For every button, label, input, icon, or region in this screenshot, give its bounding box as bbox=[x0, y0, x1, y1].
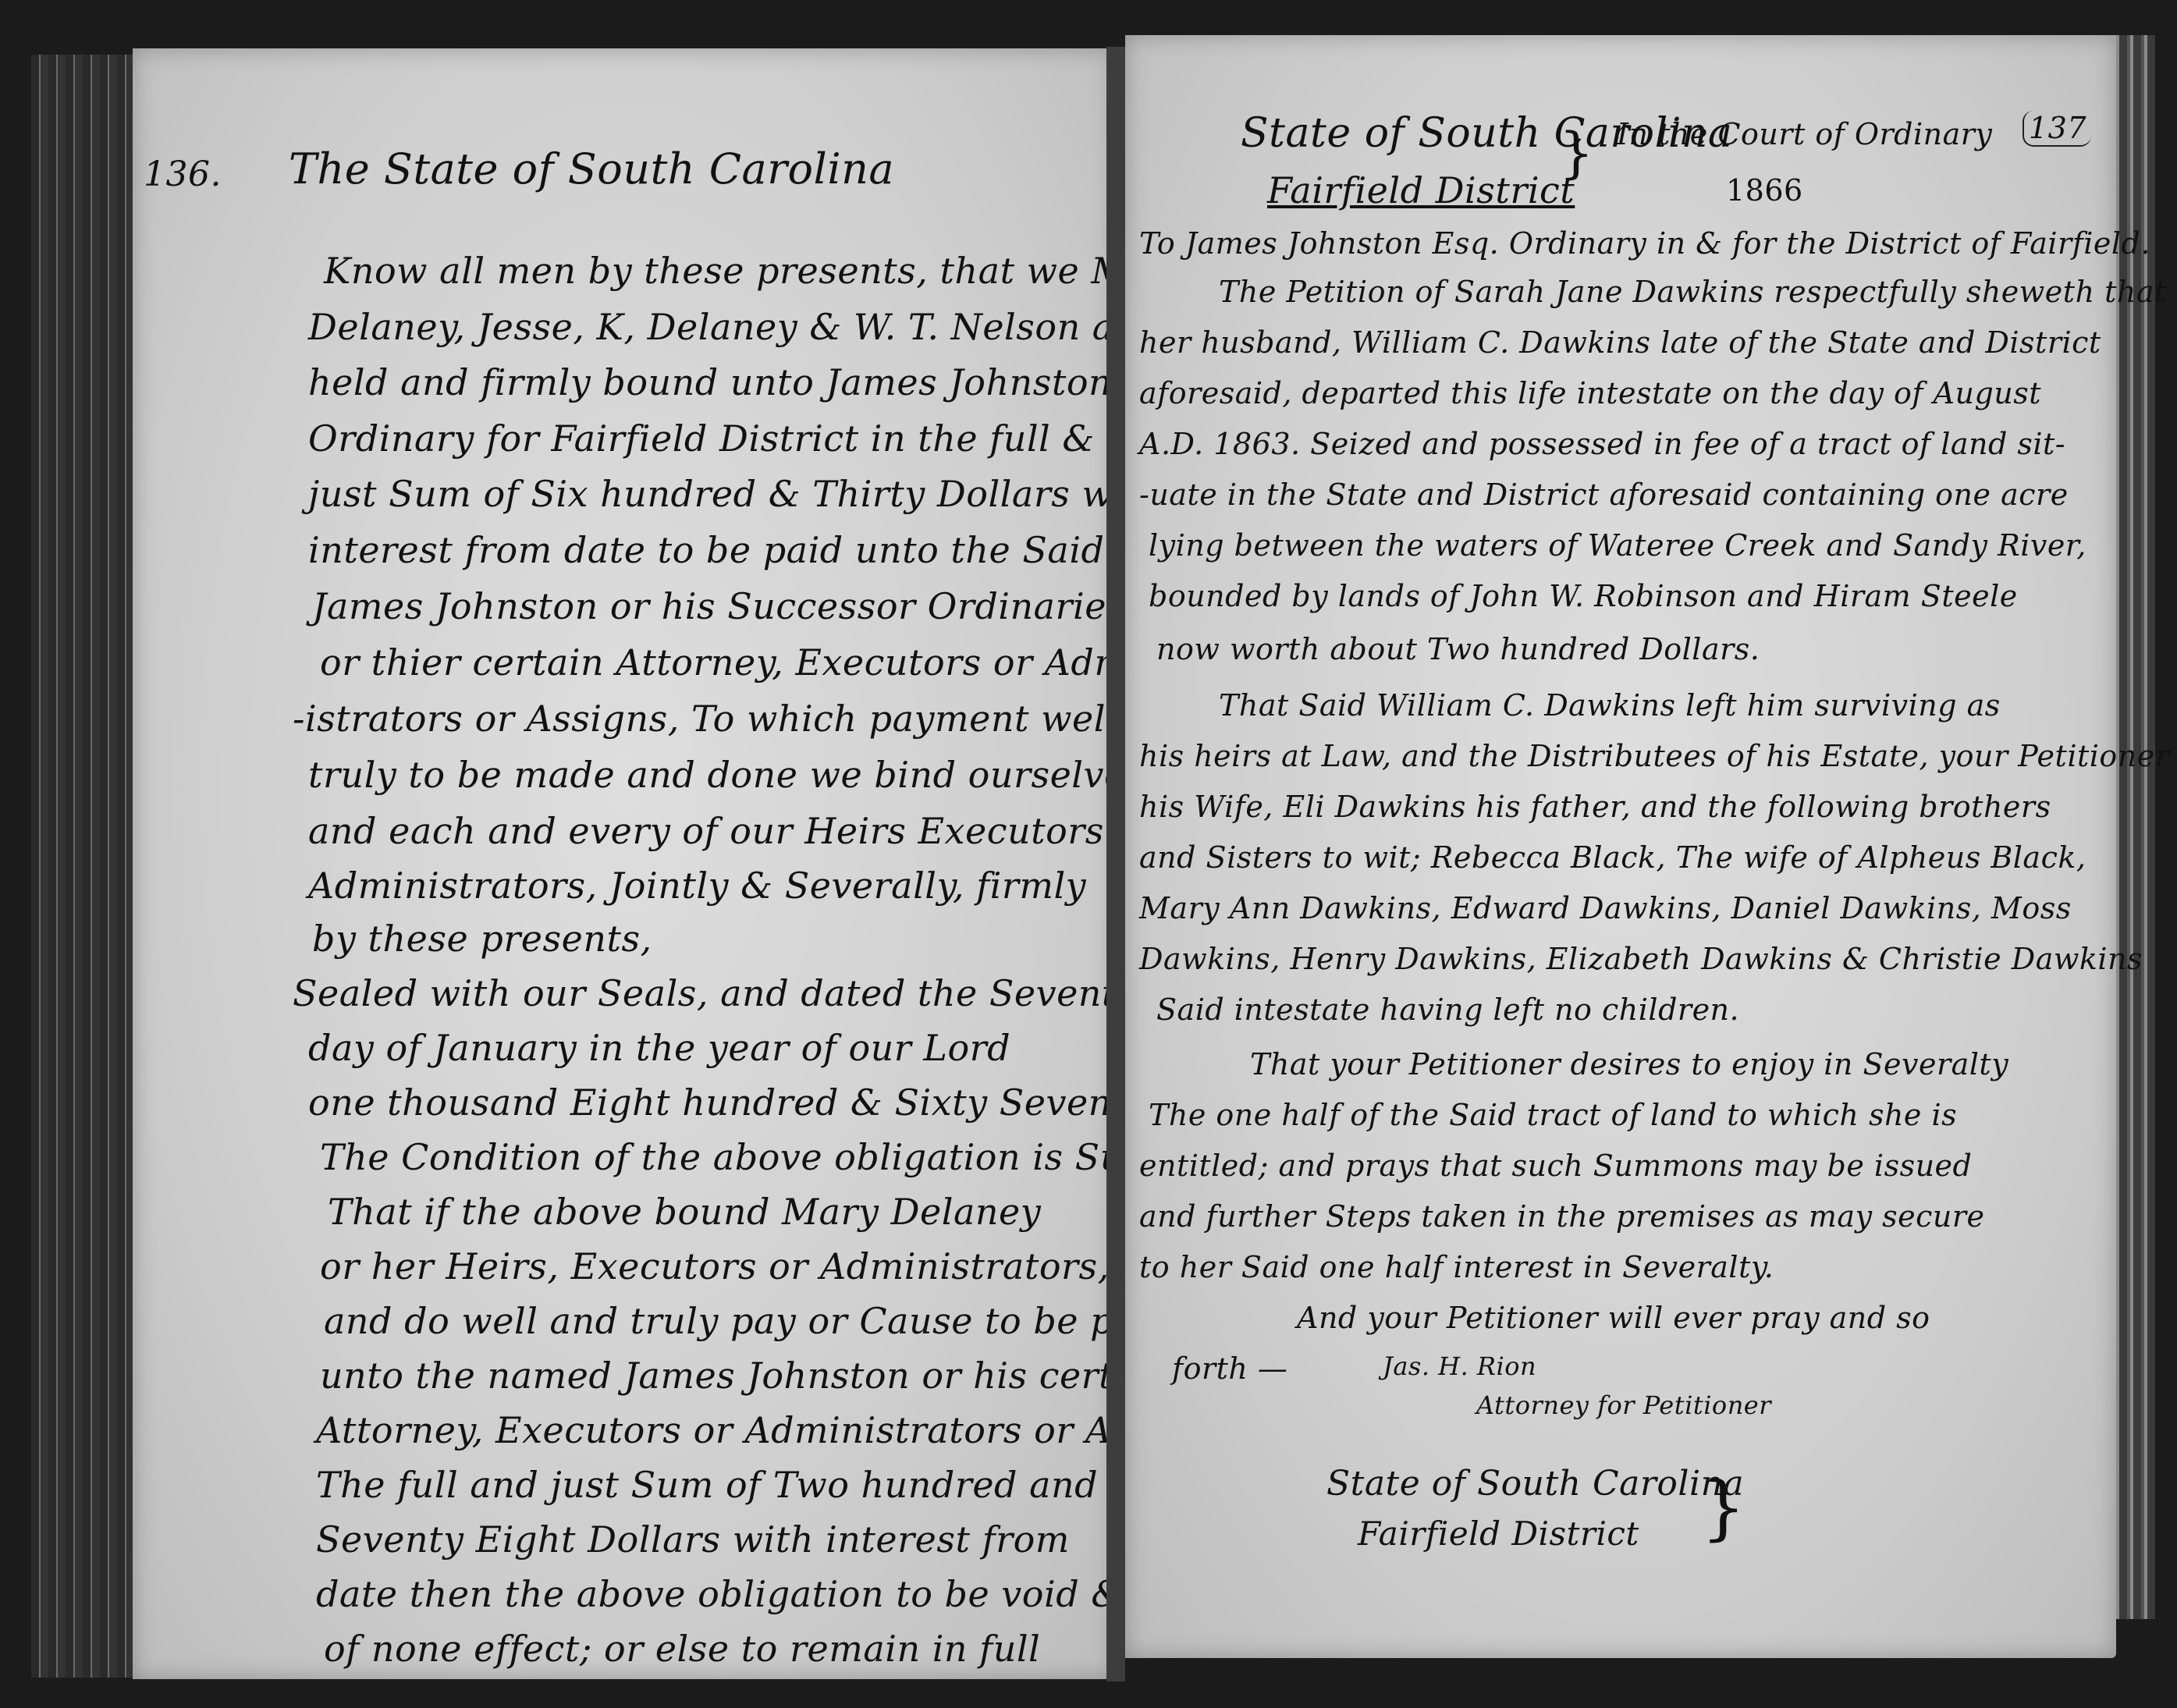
petition-line: Said intestate having left no children. bbox=[1156, 995, 1739, 1024]
body-line: Administrators, Jointly & Severally, fir… bbox=[308, 868, 1086, 904]
body-line: or thier certain Attorney, Executors or … bbox=[320, 644, 1164, 680]
petition-line: The Petition of Sarah Jane Dawkins respe… bbox=[1219, 277, 2167, 307]
attorney-signature: Jas. H. Rion bbox=[1383, 1354, 1536, 1379]
petition-line: his heirs at Law, and the Distributees o… bbox=[1139, 741, 2169, 771]
body-line: held and firmly bound unto James Johnsto… bbox=[308, 364, 1112, 400]
body-line: one thousand Eight hundred & Sixty Seven bbox=[308, 1085, 1112, 1120]
right-heading-district: Fairfield District bbox=[1267, 172, 1575, 208]
petition-line: That your Petitioner desires to enjoy in… bbox=[1250, 1049, 2008, 1079]
body-line: day of January in the year of our Lord bbox=[308, 1030, 1010, 1066]
petition-line: her husband, William C. Dawkins late of … bbox=[1139, 328, 2101, 357]
petition-line: lying between the waters of Wateree Cree… bbox=[1149, 531, 2086, 560]
petition-line: and further Steps taken in the premises … bbox=[1139, 1202, 1985, 1231]
petition-line: A.D. 1863. Seized and possessed in fee o… bbox=[1139, 429, 2065, 459]
body-line: by these presents, bbox=[312, 921, 652, 957]
petition-line: forth — bbox=[1172, 1354, 1287, 1383]
body-line: That if the above bound Mary Delaney bbox=[328, 1194, 1041, 1230]
body-line: Sealed with our Seals, and dated the Sev… bbox=[293, 975, 1140, 1011]
body-line: unto the named James Johnston or his cer… bbox=[320, 1358, 1170, 1394]
body-line: of none effect; or else to remain in ful… bbox=[324, 1631, 1040, 1667]
affidavit-district: Fairfield District bbox=[1358, 1518, 1639, 1550]
petition-line: And your Petitioner will ever pray and s… bbox=[1297, 1303, 1930, 1333]
body-line: interest from date to be paid unto the S… bbox=[308, 532, 1104, 568]
petition-line: bounded by lands of John W. Robinson and… bbox=[1149, 581, 2018, 611]
body-line: truly to be made and done we bind oursel… bbox=[308, 757, 1145, 793]
right-page: State of South Carolina Fairfield Distri… bbox=[1125, 35, 2116, 1658]
affidavit-state: State of South Carolina bbox=[1326, 1467, 1744, 1501]
page-number-left: 136. bbox=[144, 158, 222, 192]
body-line: Attorney, Executors or Administrators or… bbox=[316, 1412, 1227, 1448]
body-line: or her Heirs, Executors or Administrator… bbox=[320, 1248, 1215, 1284]
petition-line: and Sisters to wit; Rebecca Black, The w… bbox=[1139, 843, 2086, 872]
petition-line: Mary Ann Dawkins, Edward Dawkins, Daniel… bbox=[1139, 893, 2072, 923]
petition-line: aforesaid, departed this life intestate … bbox=[1139, 378, 2041, 408]
petition-line: his Wife, Eli Dawkins his father, and th… bbox=[1139, 792, 2051, 822]
petition-line: That Said William C. Dawkins left him su… bbox=[1219, 691, 2001, 720]
body-line: Ordinary for Fairfield District in the f… bbox=[308, 421, 1095, 456]
petition-line: now worth about Two hundred Dollars. bbox=[1156, 634, 1760, 664]
affidavit-brace: } bbox=[1701, 1467, 1746, 1549]
page-number-right: 137 bbox=[2023, 113, 2091, 143]
court-year: 1866 bbox=[1726, 176, 1803, 205]
petition-line: Dawkins, Henry Dawkins, Elizabeth Dawkin… bbox=[1139, 944, 2143, 974]
body-line: The Condition of the above obligation is… bbox=[320, 1139, 1167, 1175]
body-line: just Sum of Six hundred & Thirty Dollars… bbox=[308, 476, 1163, 512]
book-page-edges-right bbox=[2116, 35, 2155, 1619]
address-line: To James Johnston Esq. Ordinary in & for… bbox=[1139, 229, 2150, 258]
body-line: date then the above obligation to be voi… bbox=[316, 1576, 1124, 1612]
body-line: and each and every of our Heirs Executor… bbox=[308, 813, 1184, 849]
book-gutter bbox=[1106, 47, 1125, 1681]
left-page-title: The State of South Carolina bbox=[289, 148, 894, 190]
petition-line: The one half of the Said tract of land t… bbox=[1149, 1100, 1957, 1130]
body-line: -istrators or Assigns, To which payment … bbox=[293, 701, 1162, 737]
body-line: Seventy Eight Dollars with interest from bbox=[316, 1522, 1070, 1557]
petition-line: entitled; and prays that such Summons ma… bbox=[1139, 1151, 1972, 1181]
page-number-box: 137 bbox=[2023, 111, 2091, 147]
body-line: and do well and truly pay or Cause to be… bbox=[324, 1303, 1170, 1339]
body-line: James Johnston or his Successor Ordinari… bbox=[312, 588, 1125, 624]
left-page: 136. The State of South Carolina Know al… bbox=[133, 48, 1114, 1679]
petition-line: to her Said one half interest in Several… bbox=[1139, 1252, 1774, 1282]
body-line: Delaney, Jesse, K, Delaney & W. T. Nelso… bbox=[308, 309, 1153, 345]
book-page-edges-left bbox=[31, 55, 137, 1678]
body-line: The full and just Sum of Two hundred and bbox=[316, 1467, 1098, 1503]
heading-brace: } bbox=[1559, 121, 1594, 185]
attorney-title: Attorney for Petitioner bbox=[1476, 1393, 1771, 1418]
petition-line: -uate in the State and District aforesai… bbox=[1139, 480, 2069, 510]
body-line: Know all men by these presents, that we … bbox=[324, 253, 1188, 289]
court-name: In the Court of Ordinary bbox=[1617, 119, 1992, 149]
